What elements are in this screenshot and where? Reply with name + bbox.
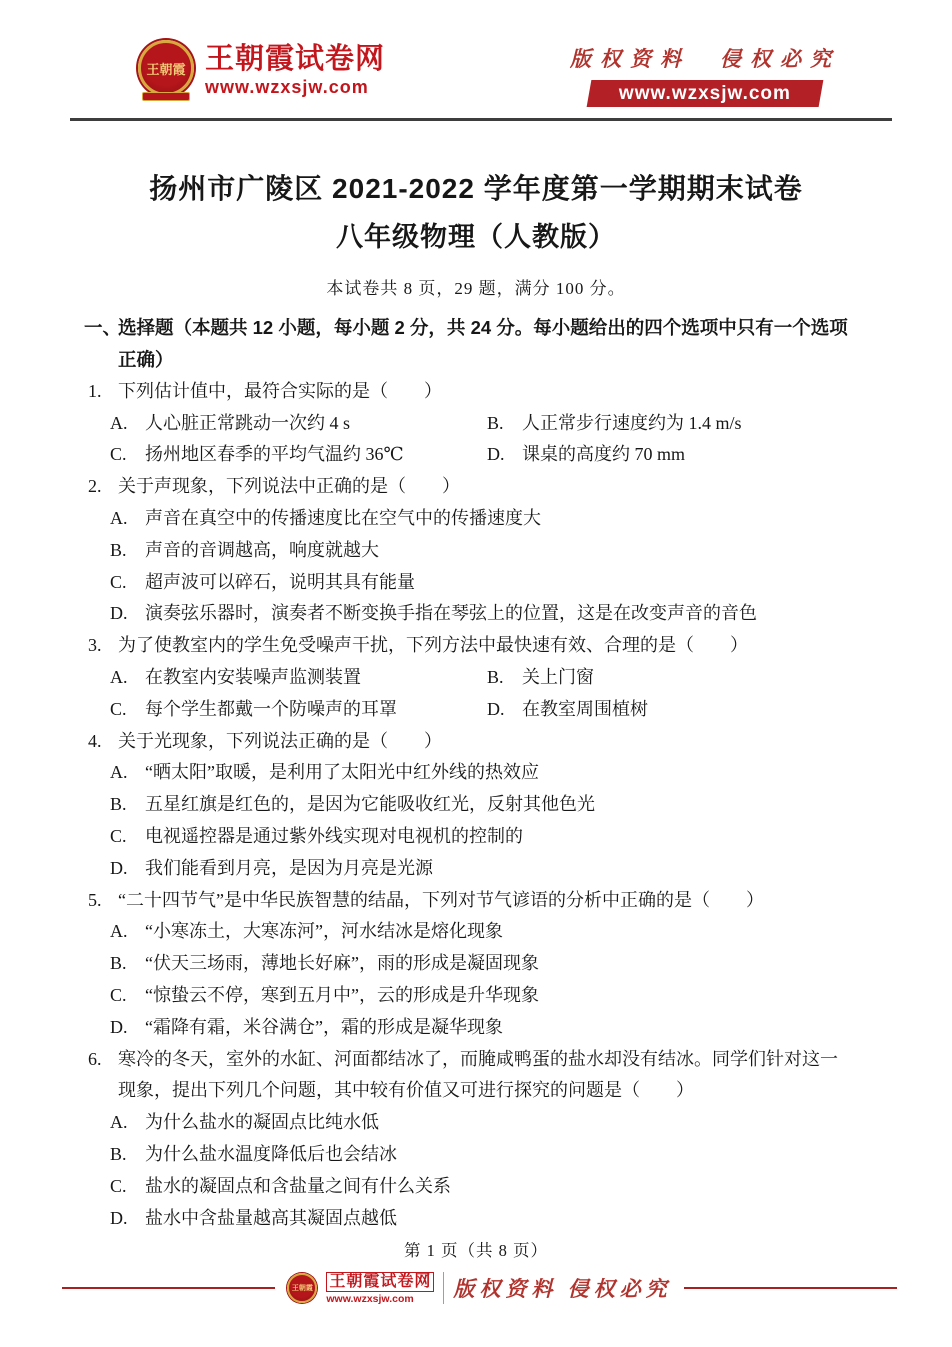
option: A.人心脏正常跳动一次约 4 s: [110, 408, 487, 440]
option-row: A.为什么盐水的凝固点比纯水低: [110, 1107, 894, 1139]
option-text: “伏天三场雨，薄地长好麻”，雨的形成是凝固现象: [145, 948, 539, 980]
question: 4.关于光现象，下列说法正确的是（ ）A.“晒太阳”取暖，是利用了太阳光中红外线…: [0, 726, 952, 885]
option-row: C.每个学生都戴一个防噪声的耳罩D.在教室周围植树: [110, 694, 894, 726]
question-number: 5.: [88, 885, 102, 917]
option-row: D.我们能看到月亮，是因为月亮是光源: [110, 853, 894, 885]
option-letter: C.: [110, 694, 145, 726]
logo-badge-icon: 王朝霞: [138, 40, 194, 101]
option-letter: C.: [110, 821, 145, 853]
section-heading-text: 选择题（本题共 12 小题，每小题 2 分，共 24 分。每小题给出的四个选项中…: [118, 317, 848, 370]
footer-logo-text: 王朝霞试卷网 www.wzxsjw.com: [326, 1272, 434, 1305]
header-divider: [70, 118, 892, 121]
page-header: 王朝霞 王朝霞试卷网 www.wzxsjw.com 版权资料 侵权必究 www.…: [0, 0, 952, 107]
option: D.演奏弦乐器时，演奏者不断变换手指在琴弦上的位置，这是在改变声音的音色: [110, 598, 757, 630]
question-stem: 关于光现象，下列说法正确的是（ ）: [118, 726, 894, 758]
question: 2.关于声现象，下列说法中正确的是（ ）A.声音在真空中的传播速度比在空气中的传…: [0, 471, 952, 630]
footer-divider: [443, 1272, 444, 1304]
question-number: 4.: [88, 726, 102, 758]
option-text: 关上门窗: [522, 662, 594, 694]
footer-rule-right: [684, 1287, 897, 1289]
option-text: 演奏弦乐器时，演奏者不断变换手指在琴弦上的位置，这是在改变声音的音色: [145, 598, 757, 630]
footer-badge-seal-icon: 王朝霞: [287, 1273, 317, 1303]
page-footer: 王朝霞 王朝霞试卷网 www.wzxsjw.com 版权资料 侵权必究: [62, 1272, 897, 1305]
option-row: B.为什么盐水温度降低后也会结冰: [110, 1139, 894, 1171]
option: C.电视遥控器是通过紫外线实现对电视机的控制的: [110, 821, 523, 853]
option: D.课桌的高度约 70 mm: [487, 439, 685, 471]
question: 3.为了使教室内的学生免受噪声干扰，下列方法中最快速有效、合理的是（ ）A.在教…: [0, 630, 952, 725]
option-row: C.超声波可以碎石，说明其具有能量: [110, 567, 894, 599]
paper-subtitle: 八年级物理（人教版）: [0, 222, 952, 253]
copyright-block: 版权资料 侵权必究 www.wzxsjw.com: [570, 43, 840, 107]
options: A.为什么盐水的凝固点比纯水低B.为什么盐水温度降低后也会结冰C.盐水的凝固点和…: [110, 1107, 894, 1234]
option-letter: A.: [110, 662, 145, 694]
option-text: 声音的音调越高，响度就越大: [145, 535, 379, 567]
question-number: 2.: [88, 471, 102, 503]
option: B.人正常步行速度约为 1.4 m/s: [487, 408, 742, 440]
option: C.扬州地区春季的平均气温约 36℃: [110, 439, 487, 471]
option-text: “小寒冻土，大寒冻河”，河水结冰是熔化现象: [145, 916, 503, 948]
option-row: B.声音的音调越高，响度就越大: [110, 535, 894, 567]
option-text: 在教室内安装噪声监测装置: [145, 662, 361, 694]
option-text: 扬州地区春季的平均气温约 36℃: [145, 439, 404, 471]
option-row: A.人心脏正常跳动一次约 4 sB.人正常步行速度约为 1.4 m/s: [110, 408, 894, 440]
option: D.盐水中含盐量越高其凝固点越低: [110, 1203, 397, 1235]
option: A.在教室内安装噪声监测装置: [110, 662, 487, 694]
option-row: B.“伏天三场雨，薄地长好麻”，雨的形成是凝固现象: [110, 948, 894, 980]
option: B.“伏天三场雨，薄地长好麻”，雨的形成是凝固现象: [110, 948, 539, 980]
footer-site-name: 王朝霞试卷网: [326, 1272, 434, 1292]
option: A.为什么盐水的凝固点比纯水低: [110, 1107, 379, 1139]
url-banner-text: www.wzxsjw.com: [619, 83, 791, 105]
option-letter: A.: [110, 1107, 145, 1139]
option: C.每个学生都戴一个防噪声的耳罩: [110, 694, 487, 726]
option-letter: C.: [110, 439, 145, 471]
option-text: 盐水中含盐量越高其凝固点越低: [145, 1203, 397, 1235]
option-text: 人心脏正常跳动一次约 4 s: [145, 408, 350, 440]
option-text: 课桌的高度约 70 mm: [522, 439, 685, 471]
questions: 1.下列估计值中，最符合实际的是（ ）A.人心脏正常跳动一次约 4 sB.人正常…: [0, 376, 952, 1235]
option: C.超声波可以碎石，说明其具有能量: [110, 567, 415, 599]
option-row: A.“小寒冻土，大寒冻河”，河水结冰是熔化现象: [110, 916, 894, 948]
option: B.为什么盐水温度降低后也会结冰: [110, 1139, 397, 1171]
question-number: 3.: [88, 630, 102, 662]
option-text: 每个学生都戴一个防噪声的耳罩: [145, 694, 397, 726]
options: A.在教室内安装噪声监测装置B.关上门窗C.每个学生都戴一个防噪声的耳罩D.在教…: [110, 662, 894, 726]
option-text: 在教室周围植树: [522, 694, 648, 726]
options: A.“小寒冻土，大寒冻河”，河水结冰是熔化现象B.“伏天三场雨，薄地长好麻”，雨…: [110, 916, 894, 1043]
option: C.“惊蛰云不停，寒到五月中”，云的形成是升华现象: [110, 980, 539, 1012]
option-text: 我们能看到月亮，是因为月亮是光源: [145, 853, 433, 885]
site-url: www.wzxsjw.com: [205, 78, 385, 97]
site-logo: 王朝霞 王朝霞试卷网 www.wzxsjw.com: [138, 40, 385, 101]
options: A.声音在真空中的传播速度比在空气中的传播速度大B.声音的音调越高，响度就越大C…: [110, 503, 894, 630]
option-row: A.在教室内安装噪声监测装置B.关上门窗: [110, 662, 894, 694]
question-stem: 下列估计值中，最符合实际的是（ ）: [118, 376, 894, 408]
option-row: A.“晒太阳”取暖，是利用了太阳光中红外线的热效应: [110, 757, 894, 789]
option: B.关上门窗: [487, 662, 594, 694]
option: B.声音的音调越高，响度就越大: [110, 535, 379, 567]
options: A.人心脏正常跳动一次约 4 sB.人正常步行速度约为 1.4 m/sC.扬州地…: [110, 408, 894, 472]
option: D.在教室周围植树: [487, 694, 648, 726]
option-row: C.电视遥控器是通过紫外线实现对电视机的控制的: [110, 821, 894, 853]
option-letter: C.: [110, 980, 145, 1012]
option-row: C.“惊蛰云不停，寒到五月中”，云的形成是升华现象: [110, 980, 894, 1012]
site-name: 王朝霞试卷网: [205, 44, 385, 74]
question: 6.寒冷的冬天，室外的水缸、河面都结冰了，而腌咸鸭蛋的盐水却没有结冰。同学们针对…: [0, 1044, 952, 1235]
logo-ribbon-icon: [142, 92, 190, 101]
option-text: 人正常步行速度约为 1.4 m/s: [522, 408, 742, 440]
option-text: 声音在真空中的传播速度比在空气中的传播速度大: [145, 503, 541, 535]
option-letter: B.: [110, 789, 145, 821]
option-text: 为什么盐水温度降低后也会结冰: [145, 1139, 397, 1171]
logo-badge-seal-icon: 王朝霞: [138, 40, 194, 96]
paper-title: 扬州市广陵区 2021-2022 学年度第一学期期末试卷: [0, 173, 952, 205]
option-row: D.“霜降有霜，米谷满仓”，霜的形成是凝华现象: [110, 1012, 894, 1044]
option: B.五星红旗是红色的，是因为它能吸收红光，反射其他色光: [110, 789, 595, 821]
copyright-slogan: 版权资料 侵权必究: [570, 43, 840, 73]
option-text: 超声波可以碎石，说明其具有能量: [145, 567, 415, 599]
option-letter: A.: [110, 408, 145, 440]
footer-site-url: www.wzxsjw.com: [326, 1294, 434, 1305]
question-stem: 为了使教室内的学生免受噪声干扰，下列方法中最快速有效、合理的是（ ）: [118, 630, 894, 662]
option-letter: A.: [110, 503, 145, 535]
options: A.“晒太阳”取暖，是利用了太阳光中红外线的热效应B.五星红旗是红色的，是因为它…: [110, 757, 894, 884]
option-text: “霜降有霜，米谷满仓”，霜的形成是凝华现象: [145, 1012, 503, 1044]
question-stem: 寒冷的冬天，室外的水缸、河面都结冰了，而腌咸鸭蛋的盐水却没有结冰。同学们针对这一…: [118, 1044, 894, 1108]
option-letter: A.: [110, 916, 145, 948]
logo-text: 王朝霞试卷网 www.wzxsjw.com: [205, 44, 385, 96]
question-stem: “二十四节气”是中华民族智慧的结晶，下列对节气谚语的分析中正确的是（ ）: [118, 885, 894, 917]
option: D.我们能看到月亮，是因为月亮是光源: [110, 853, 433, 885]
option: A.声音在真空中的传播速度比在空气中的传播速度大: [110, 503, 541, 535]
option-letter: B.: [487, 408, 522, 440]
question-stem: 关于声现象，下列说法中正确的是（ ）: [118, 471, 894, 503]
option: A.“晒太阳”取暖，是利用了太阳光中红外线的热效应: [110, 757, 539, 789]
option-text: 电视遥控器是通过紫外线实现对电视机的控制的: [145, 821, 523, 853]
option-letter: C.: [110, 567, 145, 599]
option-letter: B.: [110, 535, 145, 567]
option-text: “晒太阳”取暖，是利用了太阳光中红外线的热效应: [145, 757, 539, 789]
option-text: 五星红旗是红色的，是因为它能吸收红光，反射其他色光: [145, 789, 595, 821]
option-row: B.五星红旗是红色的，是因为它能吸收红光，反射其他色光: [110, 789, 894, 821]
option-row: C.盐水的凝固点和含盐量之间有什么关系: [110, 1171, 894, 1203]
option-text: 为什么盐水的凝固点比纯水低: [145, 1107, 379, 1139]
option-letter: D.: [487, 439, 522, 471]
option: C.盐水的凝固点和含盐量之间有什么关系: [110, 1171, 451, 1203]
option-row: C.扬州地区春季的平均气温约 36℃D.课桌的高度约 70 mm: [110, 439, 894, 471]
option-letter: B.: [110, 948, 145, 980]
option-letter: A.: [110, 757, 145, 789]
section-heading: 一、 选择题（本题共 12 小题，每小题 2 分，共 24 分。每小题给出的四个…: [0, 312, 952, 376]
footer-rule-left: [62, 1287, 275, 1289]
question-number: 1.: [88, 376, 102, 408]
section-number: 一、: [84, 312, 121, 344]
option-row: D.演奏弦乐器时，演奏者不断变换手指在琴弦上的位置，这是在改变声音的音色: [110, 598, 894, 630]
option-letter: D.: [487, 694, 522, 726]
option-row: D.盐水中含盐量越高其凝固点越低: [110, 1203, 894, 1235]
footer-logo: 王朝霞 王朝霞试卷网 www.wzxsjw.com 版权资料 侵权必究: [287, 1272, 671, 1305]
option-letter: D.: [110, 1203, 145, 1235]
option-text: 盐水的凝固点和含盐量之间有什么关系: [145, 1171, 451, 1203]
url-banner: www.wzxsjw.com: [587, 80, 824, 107]
option-letter: D.: [110, 853, 145, 885]
question-number: 6.: [88, 1044, 102, 1076]
option-letter: B.: [110, 1139, 145, 1171]
option: D.“霜降有霜，米谷满仓”，霜的形成是凝华现象: [110, 1012, 503, 1044]
option-text: “惊蛰云不停，寒到五月中”，云的形成是升华现象: [145, 980, 539, 1012]
option-letter: C.: [110, 1171, 145, 1203]
footer-slogan: 版权资料 侵权必究: [453, 1273, 671, 1303]
option-row: A.声音在真空中的传播速度比在空气中的传播速度大: [110, 503, 894, 535]
paper-info: 本试卷共 8 页，29 题，满分 100 分。: [0, 274, 952, 299]
option: A.“小寒冻土，大寒冻河”，河水结冰是熔化现象: [110, 916, 503, 948]
paper-body: 一、 选择题（本题共 12 小题，每小题 2 分，共 24 分。每小题给出的四个…: [0, 312, 952, 1267]
option-letter: D.: [110, 1012, 145, 1044]
page-number: 第 1 页（共 8 页）: [0, 1235, 952, 1267]
option-letter: B.: [487, 662, 522, 694]
option-letter: D.: [110, 598, 145, 630]
question: 1.下列估计值中，最符合实际的是（ ）A.人心脏正常跳动一次约 4 sB.人正常…: [0, 376, 952, 471]
question: 5.“二十四节气”是中华民族智慧的结晶，下列对节气谚语的分析中正确的是（ ）A.…: [0, 885, 952, 1044]
